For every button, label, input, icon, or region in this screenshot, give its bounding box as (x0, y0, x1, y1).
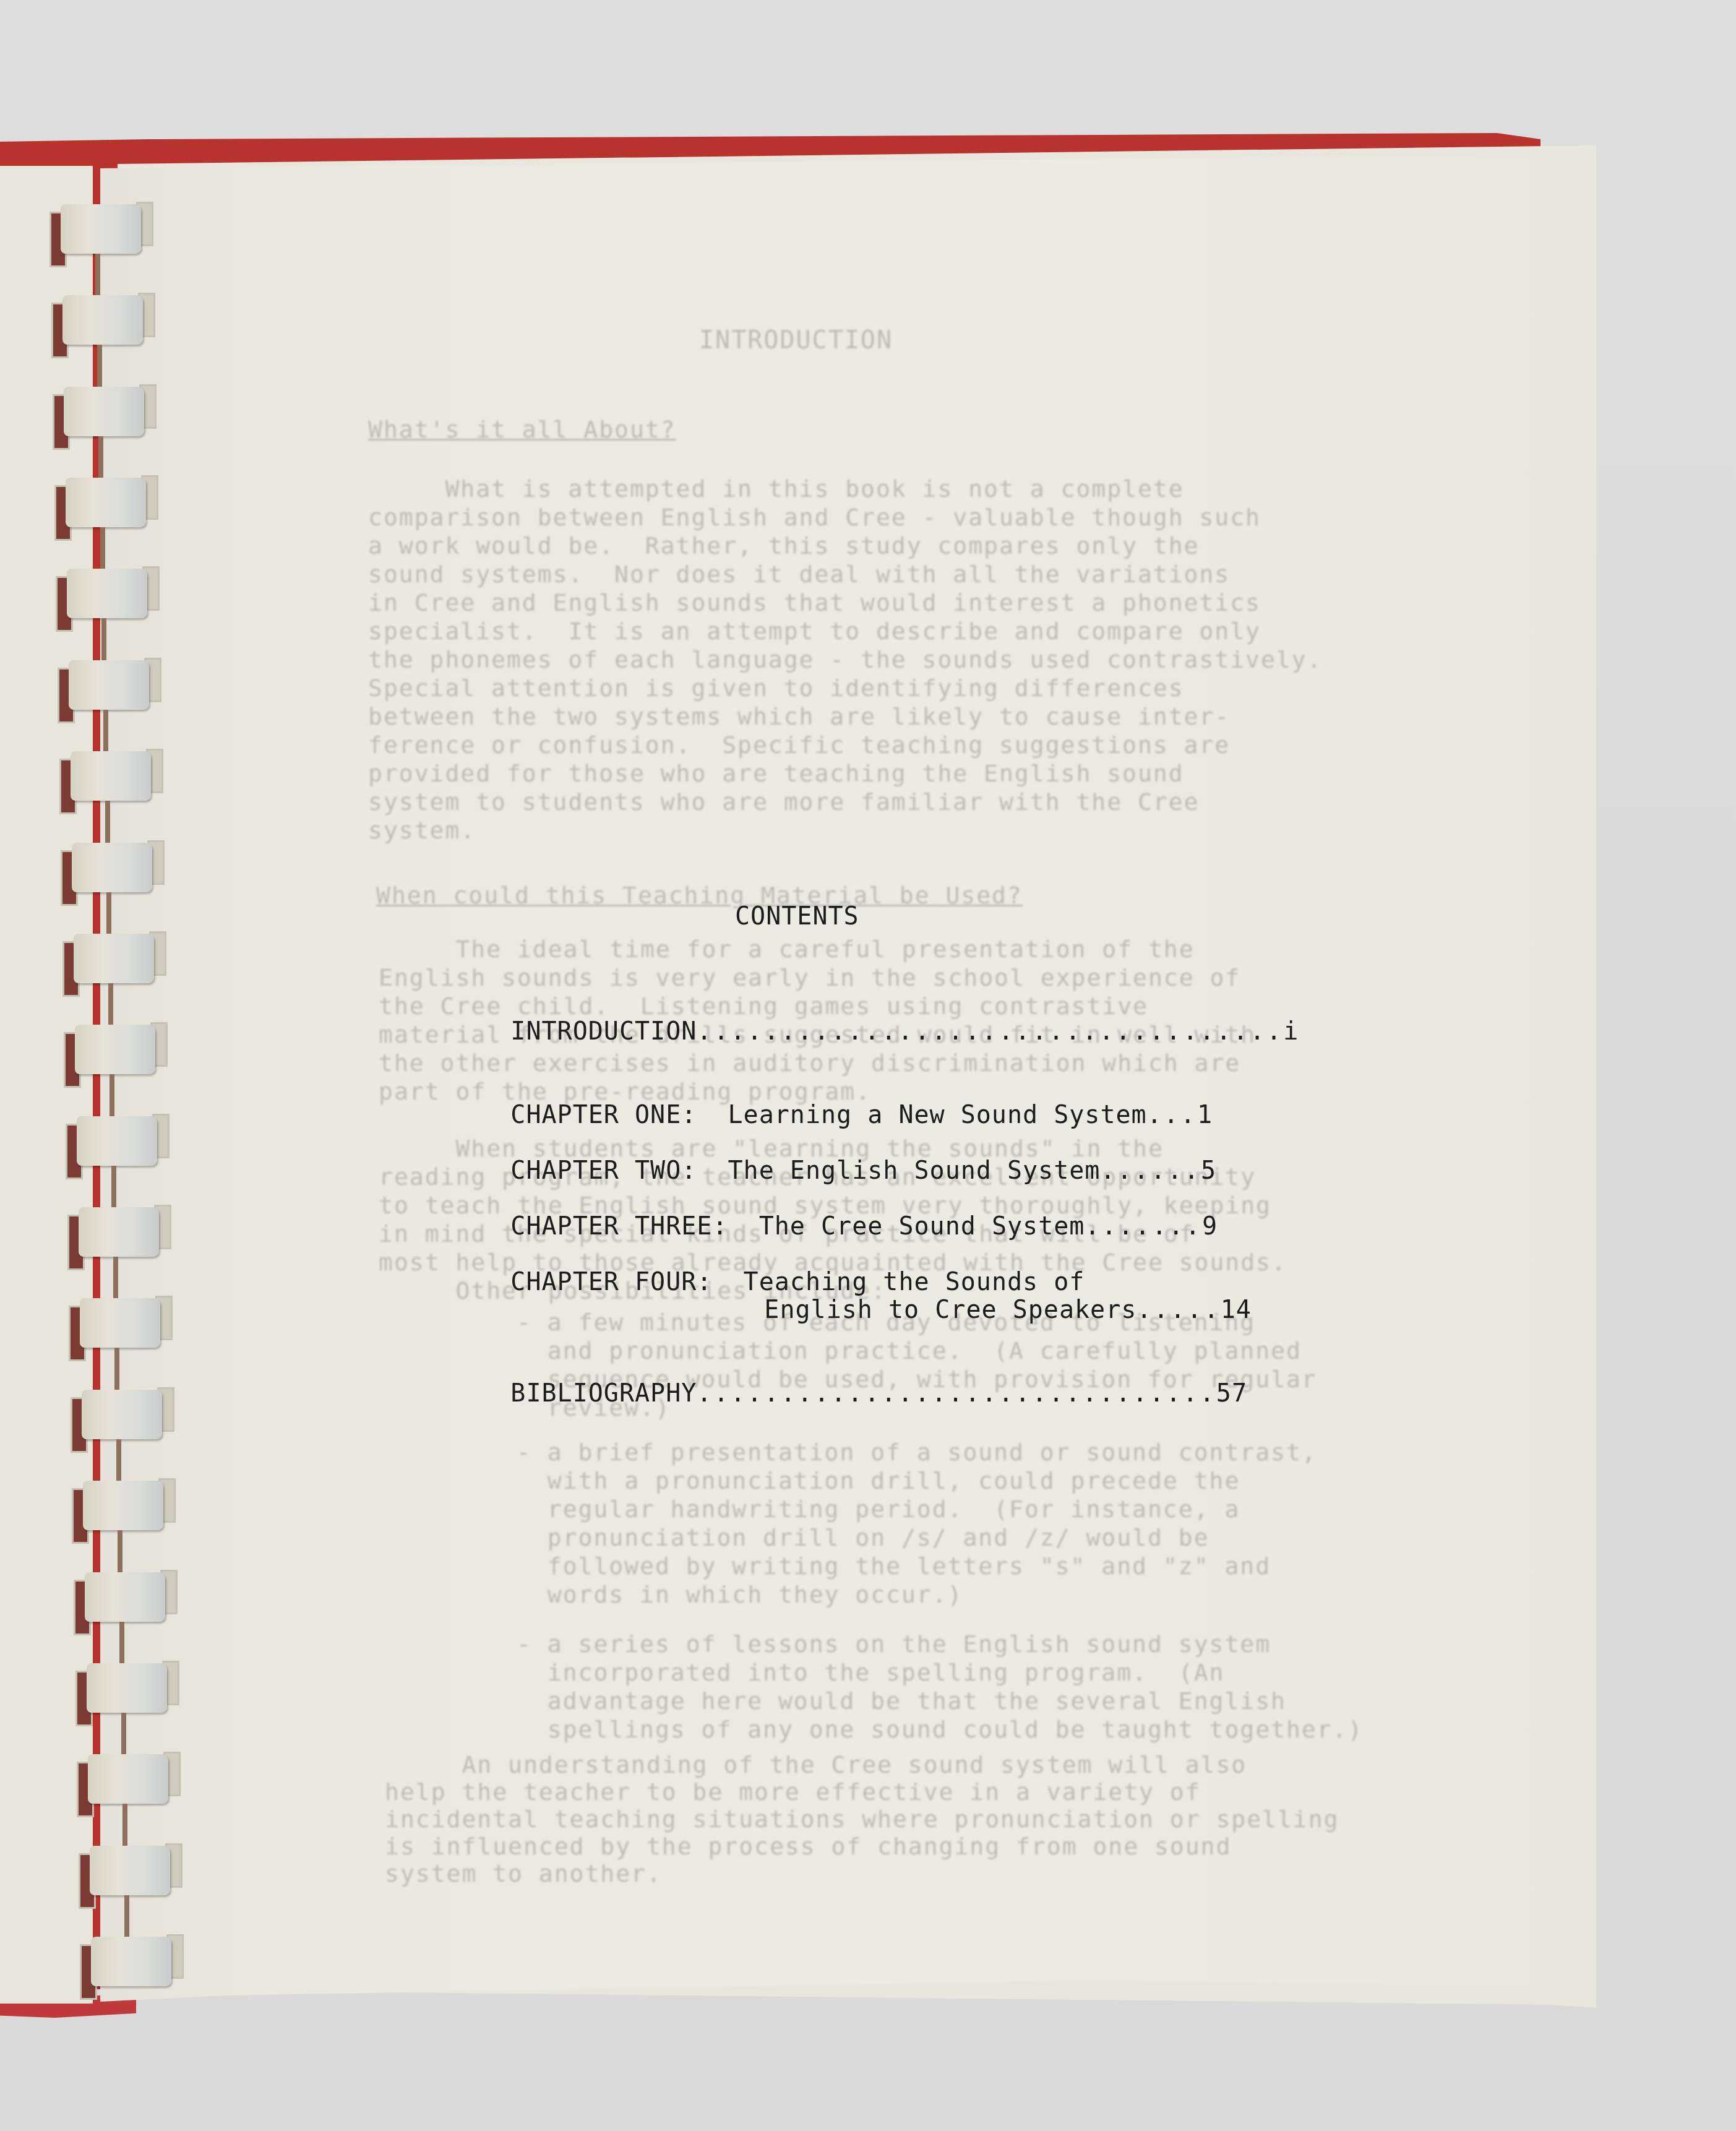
toc-entry-label: CHAPTER THREE: (510, 1212, 728, 1241)
toc-entry-label: CHAPTER ONE: (510, 1101, 697, 1129)
toc-leader: ..... (1137, 1296, 1220, 1324)
toc-title: CONTENTS (735, 902, 859, 931)
toc-entry-introduction[interactable]: INTRODUCTION............................… (449, 989, 1253, 1074)
table-of-contents: CONTENTS INTRODUCTION...................… (0, 0, 1736, 2131)
toc-entry-label: INTRODUCTION (510, 1017, 697, 1046)
toc-entry-bibliography[interactable]: BIBLIOGRAPHY............................… (449, 1351, 1253, 1436)
toc-page-number: 5 (1201, 1156, 1216, 1185)
toc-entry-chapter-four-line2[interactable]: English to Cree Speakers.....14 (702, 1267, 1252, 1353)
toc-page-number: i (1283, 1017, 1299, 1046)
toc-entry-label: CHAPTER TWO: (510, 1156, 697, 1185)
toc-entry-subtitle: English to Cree Speakers (764, 1296, 1137, 1324)
toc-entry-subtitle: Learning a New Sound System (697, 1101, 1146, 1129)
toc-entry-subtitle: The English Sound System (697, 1156, 1100, 1185)
toc-leader: ............................... (697, 1379, 1216, 1408)
toc-entry-label: CHAPTER FOUR: (510, 1268, 712, 1296)
toc-page-number: 1 (1197, 1101, 1213, 1129)
toc-page-number: 9 (1202, 1212, 1218, 1241)
toc-page-number: 57 (1216, 1379, 1247, 1408)
toc-leader: ... (1147, 1101, 1197, 1129)
toc-entry-label: BIBLIOGRAPHY (510, 1379, 697, 1408)
toc-leader: ....... (1085, 1212, 1202, 1241)
toc-page-number: 14 (1221, 1296, 1252, 1324)
toc-entry-subtitle: The Cree Sound System (728, 1212, 1085, 1241)
toc-leader: ................................... (697, 1017, 1283, 1046)
toc-leader: ...... (1100, 1156, 1201, 1185)
